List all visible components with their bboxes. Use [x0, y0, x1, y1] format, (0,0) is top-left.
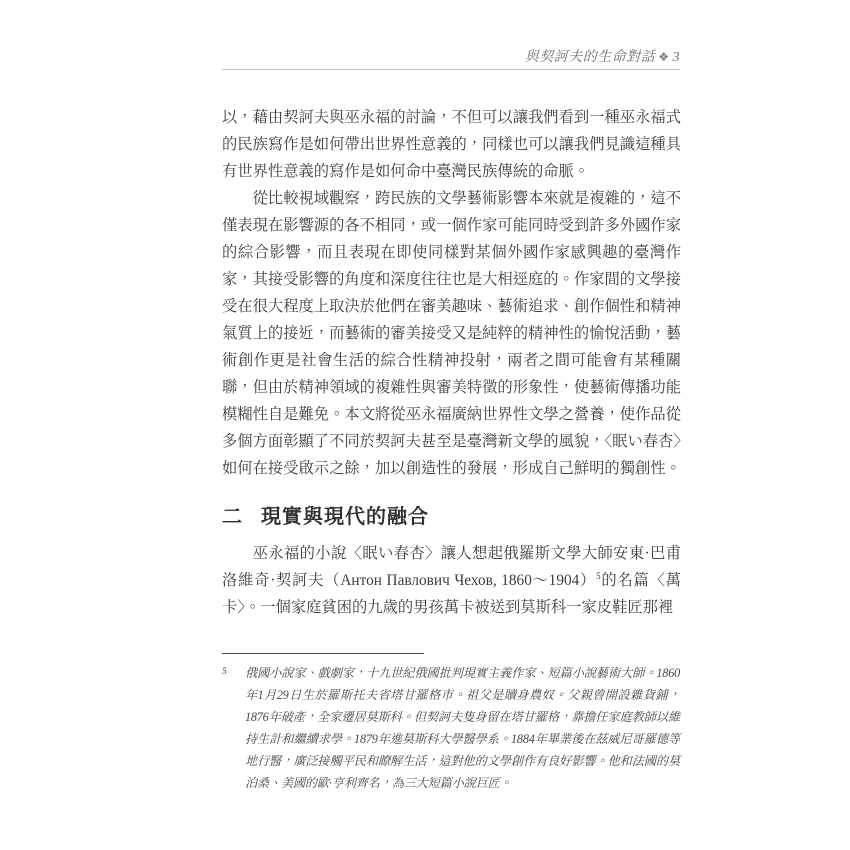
header-rule: [222, 69, 680, 70]
section-number: 二: [222, 506, 243, 528]
running-header: 與契訶夫的生命對話❖3: [222, 48, 680, 67]
footnote-rule: [222, 653, 424, 654]
footnote-text: 俄國小說家、戲劇家，十九世紀俄國批判現實主義作家、短篇小說藝術大師。1860年1…: [245, 662, 680, 794]
body-text: 以，藉由契訶夫與巫永福的討論，不但可以讓我們看到一種巫永福式的民族寫作是如何帶出…: [222, 104, 681, 621]
paragraph: 從比較視域觀察，跨民族的文學藝術影響本來就是複雜的，這不僅表現在影響源的各不相同…: [222, 185, 681, 482]
section-title: 現實與現代的融合: [261, 506, 429, 528]
footnote-marker: 5: [222, 662, 245, 794]
paragraph: 巫永福的小說〈眠い春杏〉讓人想起俄羅斯文學大師安東·巴甫洛維奇·契訶夫（Анто…: [222, 540, 681, 621]
diamond-icon: ❖: [655, 50, 672, 64]
page-number: 3: [673, 50, 681, 65]
section-heading: 二現實與現代的融合: [222, 502, 681, 532]
paragraph-continuation: 以，藉由契訶夫與巫永福的討論，不但可以讓我們看到一種巫永福式的民族寫作是如何帶出…: [222, 104, 681, 185]
running-title: 與契訶夫的生命對話: [525, 50, 656, 65]
book-page: 與契訶夫的生命對話❖3 以，藉由契訶夫與巫永福的討論，不但可以讓我們看到一種巫永…: [0, 0, 850, 850]
footnote: 5 俄國小說家、戲劇家，十九世紀俄國批判現實主義作家、短篇小說藝術大師。1860…: [222, 662, 680, 794]
